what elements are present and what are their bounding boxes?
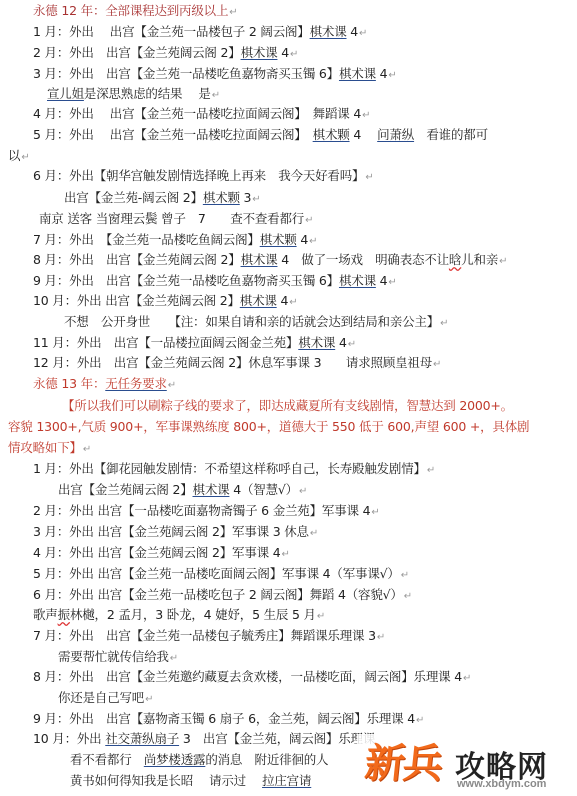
year12-heading: 永德 12 年：全部课程达到丙级以上↵ [33,3,237,21]
hyperlink[interactable]: 棋术课 [241,45,278,60]
year12-month-9: 9 月：外出 出宫【金兰苑一品楼吃鱼嘉物斋买玉镯 6】棋术课 4↵ [33,273,397,291]
paragraph-mark: ↵ [388,70,396,81]
note-text: 情攻略如下】 [8,440,82,455]
line-text: 你还是自己写吧 [58,690,144,705]
year12-month-11: 11 月：外出 出宫【一品楼拉面阔云阁金兰苑】棋术课 4↵ [33,335,356,353]
year12-month-10-note: 不想 公开身世 【注：如果自请和亲的话就会达到结局和亲公主】↵ [64,314,448,332]
line-text: 南京 送客 当窗理云鬓 曾子 7 查不查看都行 [39,211,304,226]
paragraph-mark: ↵ [212,90,220,101]
year13-month-8: 8 月：外出 出宫【金兰苑邀约藏夏去贪欢楼，一品楼吃面，阔云阁】乐理课 4↵ [33,669,471,687]
line-text: 2 月：外出 出宫【金兰苑阔云阁 2】 [33,45,241,60]
hyperlink[interactable]: 棋术课 [310,24,347,39]
line-text: 1 月：外出【御花园触发剧情：不希望这样称呼自己，长寿殿触发剧情】 [33,461,426,476]
line-text: 是深思熟虑的结果 是 [84,86,211,101]
year12-month-6: 6 月：外出【朝华宫触发剧情选择晚上再来 我今天好看吗】↵ [33,168,374,186]
year13-month-1: 1 月：外出【御花园触发剧情：不希望这样称呼自己，长寿殿触发剧情】↵ [33,461,435,479]
year13-month-10-note-2: 黄书如何得知我是长昭 请示过 拉庄宫请 [70,773,311,789]
paragraph-mark: ↵ [416,715,424,726]
year12-month-4: 4 月：外出 出宫【金兰苑一品楼吃拉面阔云阁】 舞蹈课 4↵ [33,106,370,124]
line-text: 歌声 [33,607,58,622]
line-text: 11 月：外出 出宫【一品楼拉面阔云阁金兰苑】 [33,335,298,350]
year13-month-10-note: 看不看都行 尚梦楼透露的消息 附近徘徊的人 [70,752,328,768]
line-text: 8 月：外出 出宫【金兰苑邀约藏夏去贪欢楼，一品楼吃面，阔云阁】乐理课 4 [33,669,462,684]
line-text: 4 [376,66,388,81]
line-text: 6 月：外出【朝华宫触发剧情选择晚上再来 我今天好看吗】 [33,168,364,183]
year13-song-note: 歌声振林樾，2 孟月，3 卧龙，4 婕妤，5 生辰 5 月↵ [33,607,325,625]
line-text: 9 月：外出 出宫【金兰苑一品楼吃鱼嘉物斋买玉镯 6】 [33,273,339,288]
hyperlink[interactable]: 棋术课 [193,482,230,497]
line-text: 黄书如何得知我是长昭 请示过 [70,773,262,788]
line-text: 4（智慧√） [229,482,298,497]
line-text: 4 月：外出 出宫【金兰苑一品楼吃拉面阔云阁】 舞蹈课 4 [33,106,361,121]
year13-month-9: 9 月：外出 出宫【嘉物斋玉镯 6 扇子 6，金兰苑，阔云阁】乐理课 4↵ [33,711,424,729]
line-text: 6 月：外出 出宫【金兰苑一品楼吃包子 2 阔云阁】舞蹈 4（容貌√） [33,587,403,602]
year13-month-7: 7 月：外出 出宫【金兰苑一品楼包子毓秀庄】舞蹈课乐理课 3↵ [33,628,385,646]
hyperlink[interactable]: 棋术颗 [260,232,297,247]
line-text: 出宫【金兰苑-阔云阁 2】 [64,190,203,205]
paragraph-mark: ↵ [463,673,471,684]
paragraph-mark: ↵ [21,152,29,163]
paragraph-mark: ↵ [281,549,289,560]
hyperlink[interactable]: 棋术课 [241,252,278,267]
line-text: 7 月：外出 【金兰苑一品楼吃鱼阔云阁】 [33,232,260,247]
note-text: 容貌 1300+,气质 900+，军事课熟练度 800+，道德大于 550 低于… [8,419,529,434]
line-text: 儿和亲 [461,252,498,267]
hyperlink[interactable]: 宣儿姐 [47,86,84,101]
year13-month-7-note: 需要帮忙就传信给我↵ [58,649,178,667]
watermark-brand-mark: 新兵 [362,740,443,788]
paragraph-mark: ↵ [229,7,237,18]
hyperlink[interactable]: 棋术颗 [203,190,240,205]
line-text: 10 月：外出 出宫【金兰苑阔云阁 2】 [33,293,240,308]
year13-note-line-1: 【所以我们可以刷粽子线的要求了，即达成藏夏所有支线剧情，智慧达到 2000+。 [62,398,513,414]
paragraph-mark: ↵ [404,591,412,602]
year13-note-line-2: 容貌 1300+,气质 900+，军事课熟练度 800+，道德大于 550 低于… [8,419,529,435]
paragraph-mark: ↵ [348,339,356,350]
hyperlink[interactable]: 拉庄宫请 [262,773,311,788]
year12-month-2: 2 月：外出 出宫【金兰苑阔云阁 2】棋术课 4↵ [33,45,298,63]
paragraph-mark: ↵ [388,277,396,288]
paragraph-mark: ↵ [362,110,370,121]
line-text: 以 [8,148,20,163]
heading-text: 永德 13 年： [33,376,105,391]
line-text: 12 月：外出 出宫【金兰苑阔云阁 2】休息军事课 3 请求照顾皇祖母 [33,355,432,370]
paragraph-mark: ↵ [299,486,307,497]
line-text: 8 月：外出 出宫【金兰苑阔云阁 2】 [33,252,241,267]
paragraph-mark: ↵ [252,194,260,205]
year12-note-xuaner: 宣儿姐是深思熟虑的结果 是↵ [47,86,220,104]
year12-nanjing-note: 南京 送客 当窗理云鬓 曾子 7 查不查看都行↵ [39,211,313,229]
line-text: 4 [277,293,289,308]
paragraph-mark: ↵ [440,318,448,329]
line-text: 4 [376,273,388,288]
year13-month-2: 2 月：外出 出宫【一品楼吃面嘉物斋镯子 6 金兰苑】军事课 4↵ [33,503,380,521]
year13-heading: 永德 13 年：无任务要求↵ [33,376,176,394]
paragraph-mark: ↵ [309,236,317,247]
line-text: 林樾，2 孟月，3 卧龙，4 婕妤，5 生辰 5 月 [70,607,316,622]
hyperlink[interactable]: 无任务要求 [105,376,167,391]
year12-month-6-out: 出宫【金兰苑-阔云阁 2】棋术颗 3↵ [64,190,260,208]
line-text: 9 月：外出 出宫【嘉物斋玉镯 6 扇子 6，金兰苑，阔云阁】乐理课 4 [33,711,415,726]
line-text: 看谁的都可 [414,127,488,142]
hyperlink[interactable]: 棋术课 [339,66,376,81]
line-text: 不想 公开身世 【注：如果自请和亲的话就会达到结局和亲公主】 [64,314,439,329]
year12-month-3: 3 月：外出 出宫【金兰苑一品楼吃鱼嘉物斋买玉镯 6】棋术课 4↵ [33,66,397,84]
line-text: 3 月：外出 出宫【金兰苑阔云阁 2】军事课 3 休息 [33,524,309,539]
line-text: 4 月：外出 出宫【金兰苑阔云阁 2】军事课 4 [33,545,280,560]
year13-month-6: 6 月：外出 出宫【金兰苑一品楼吃包子 2 阔云阁】舞蹈 4（容貌√）↵ [33,587,412,605]
line-text: 4 [335,335,347,350]
year13-month-8-note: 你还是自己写吧↵ [58,690,153,708]
line-text: 出宫【金兰苑阔云阁 2】 [58,482,193,497]
line-text: 4 做了一场戏 明确表态不让 [277,252,448,267]
hyperlink[interactable]: 尚梦楼透露 [144,752,206,767]
line-text: 10 月：外出 [33,731,105,746]
year13-month-5: 5 月：外出 出宫【金兰苑一品楼吃面阔云阁】军事课 4（军事课√）↵ [33,566,409,584]
paragraph-mark: ↵ [427,465,435,476]
hyperlink[interactable]: 棋术颗 [313,127,350,142]
year12-month-8: 8 月：外出 出宫【金兰苑阔云阁 2】棋术课 4 做了一场戏 明确表态不让晗儿和… [33,252,507,270]
hyperlink[interactable]: 棋术课 [339,273,376,288]
paragraph-mark: ↵ [401,570,409,581]
watermark-url: www.xbdym.com [457,778,546,790]
paragraph-mark: ↵ [290,49,298,60]
year12-month-5: 5 月：外出 出宫【金兰苑一品楼吃拉面阔云阁】 棋术颗 4 问萧纵 看谁的都可 [33,127,488,143]
year13-month-1-out: 出宫【金兰苑阔云阁 2】棋术课 4（智慧√）↵ [58,482,307,500]
note-text: 【所以我们可以刷粽子线的要求了，即达成藏夏所有支线剧情，智慧达到 2000+。 [62,398,513,413]
line-text: 3 出宫【金兰苑，阔云阁】乐理课 [179,731,375,746]
line-text: 2 月：外出 出宫【一品楼吃面嘉物斋镯子 6 金兰苑】军事课 4 [33,503,370,518]
spellcheck-flag: 晗 [449,252,461,267]
paragraph-mark: ↵ [83,444,91,455]
line-text: 4 [297,232,309,247]
year12-month-10: 10 月：外出 出宫【金兰苑阔云阁 2】棋术课 4↵ [33,293,297,311]
year12-month-1: 1 月：外出 出宫【金兰苑一品楼包子 2 阔云阁】棋术课 4↵ [33,24,367,42]
paragraph-mark: ↵ [168,380,176,391]
paragraph-mark: ↵ [499,256,507,267]
paragraph-mark: ↵ [433,359,441,370]
paragraph-mark: ↵ [365,172,373,183]
year13-month-3: 3 月：外出 出宫【金兰苑阔云阁 2】军事课 3 休息↵ [33,524,318,542]
paragraph-mark: ↵ [371,507,379,518]
paragraph-mark: ↵ [145,694,153,705]
hyperlink[interactable]: 社交萧纵扇子 [105,731,179,746]
line-text: 7 月：外出 出宫【金兰苑一品楼包子毓秀庄】舞蹈课乐理课 3 [33,628,376,643]
line-text: 5 月：外出 出宫【金兰苑一品楼吃拉面阔云阁】 [33,127,313,142]
line-text: 3 月：外出 出宫【金兰苑一品楼吃鱼嘉物斋买玉镯 6】 [33,66,339,81]
paragraph-mark: ↵ [305,215,313,226]
year12-month-5-wrap: 以↵ [8,148,30,166]
paragraph-mark: ↵ [170,653,178,664]
line-text: 5 月：外出 出宫【金兰苑一品楼吃面阔云阁】军事课 4（军事课√） [33,566,400,581]
hyperlink[interactable]: 棋术课 [298,335,335,350]
paragraph-mark: ↵ [310,528,318,539]
hyperlink[interactable]: 棋术课 [240,293,277,308]
line-text: 4 [277,45,289,60]
paragraph-mark: ↵ [289,297,297,308]
line-text: 4 [350,127,378,142]
spellcheck-flag: 振 [58,607,70,622]
line-text: 1 月：外出 出宫【金兰苑一品楼包子 2 阔云阁】 [33,24,310,39]
year12-month-12: 12 月：外出 出宫【金兰苑阔云阁 2】休息军事课 3 请求照顾皇祖母↵ [33,355,441,373]
year13-note-line-3: 情攻略如下】↵ [8,440,91,458]
year12-month-7: 7 月：外出 【金兰苑一品楼吃鱼阔云阁】棋术颗 4↵ [33,232,317,250]
heading-text: 永德 12 年：全部课程达到丙级以上 [33,3,228,18]
line-text: 需要帮忙就传信给我 [58,649,169,664]
watermark-logo: 新兵 攻略网 www.xbdym.com [365,740,577,796]
year13-month-10: 10 月：外出 社交萧纵扇子 3 出宫【金兰苑，阔云阁】乐理课 [33,731,375,747]
year13-month-4: 4 月：外出 出宫【金兰苑阔云阁 2】军事课 4↵ [33,545,290,563]
line-text: 3 [240,190,252,205]
line-text: 的消息 附近徘徊的人 [205,752,328,767]
line-text: 4 [347,24,359,39]
line-text: 看不看都行 [70,752,144,767]
paragraph-mark: ↵ [377,632,385,643]
paragraph-mark: ↵ [317,611,325,622]
paragraph-mark: ↵ [359,28,367,39]
hyperlink[interactable]: 问萧纵 [377,127,414,142]
